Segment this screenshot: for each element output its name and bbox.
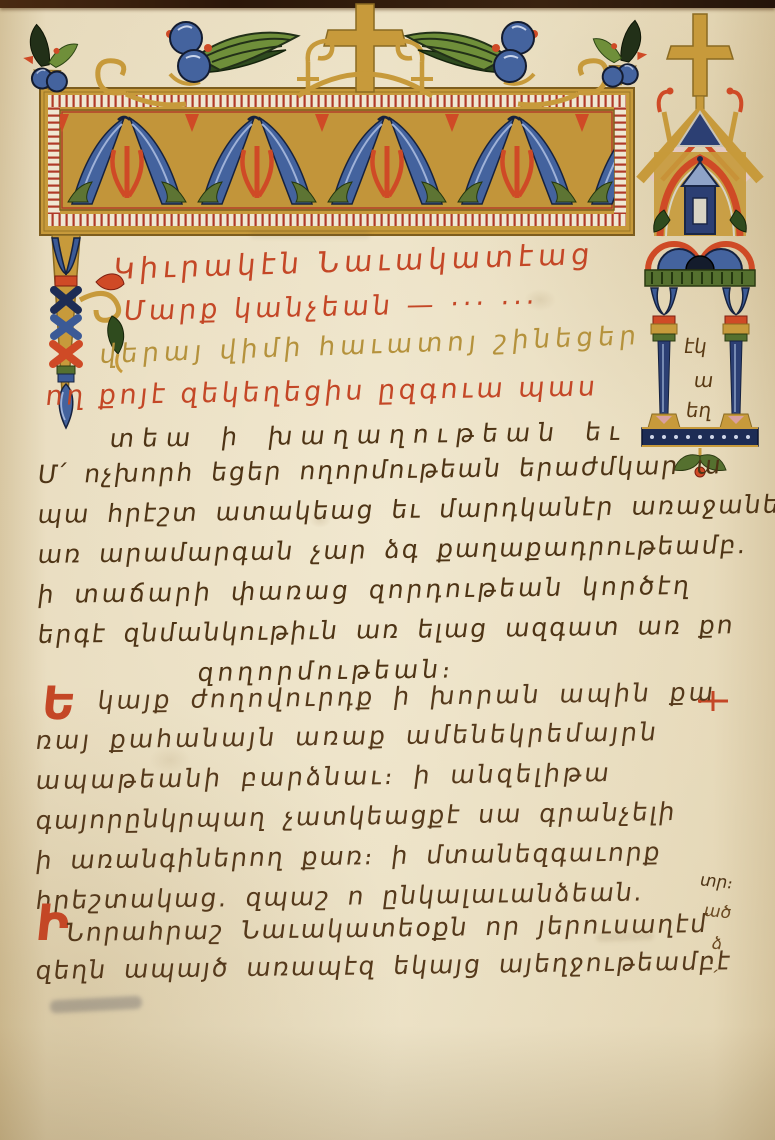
aedicula-letter: ա [692,368,715,392]
corner-berry-ornament-left [17,17,86,97]
headpiece-ornament [40,88,706,235]
corner-berry-ornament-right [583,12,654,93]
paragraph-initial: Ե [39,676,78,730]
margin-cross-icon [667,14,733,112]
aedicula-letter: էկ [682,334,708,358]
top-cross-icon [298,4,432,96]
ink-smudge [250,230,370,238]
manuscript-page: Կիւրակէն Նաւակատէաց Մարք կանչեան — ··· ·… [0,0,775,1140]
margin-note: տր։ [698,870,736,893]
aedicula-letter: եղ [684,398,713,422]
margin-note: ած [702,901,734,923]
